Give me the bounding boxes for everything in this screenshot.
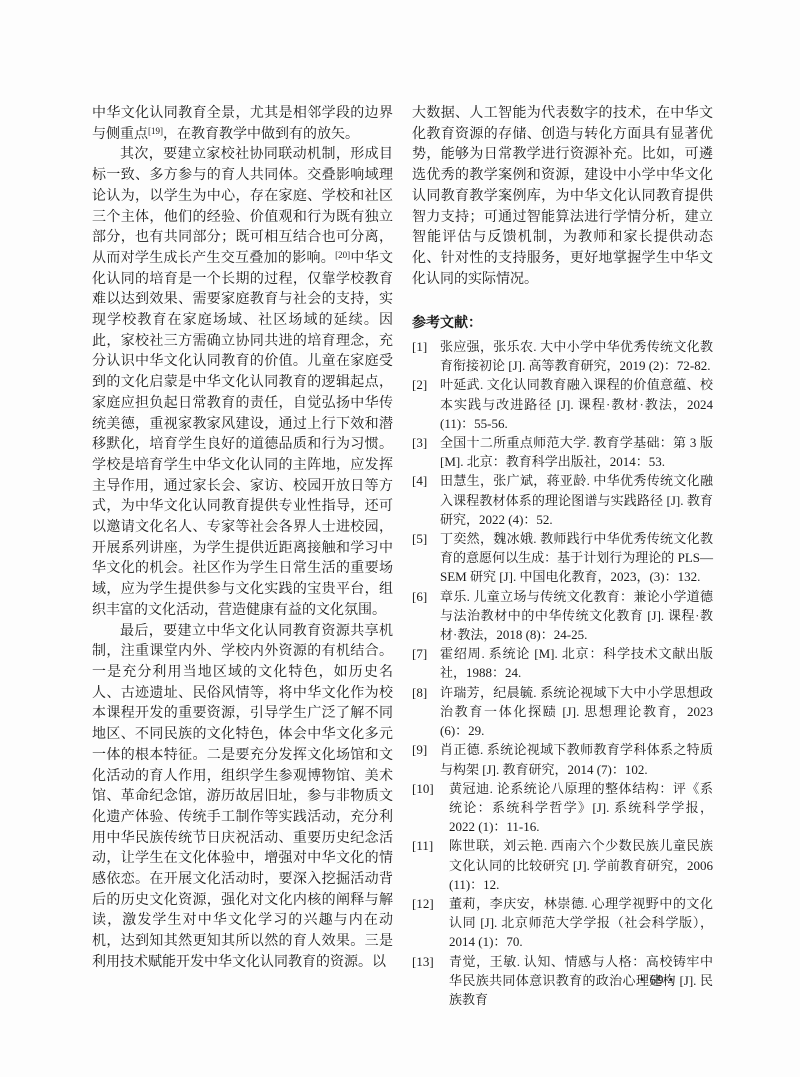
reference-text: 张应强，张乐农. 大中小学中华优秀传统文化教育衔接初论 [J]. 高等教育研究，… xyxy=(440,339,713,373)
reference-text: 许瑞芳，纪晨毓. 系统论视域下大中小学思想政治教育一体化探赜 [J]. 思想理论… xyxy=(440,685,713,738)
paragraph-text: 中华文化认同的培育是一个长期的过程，仅靠学校教育难以达到效果、需要家庭教育与社会… xyxy=(92,251,393,618)
reference-text: 黄冠迪. 论系统论八原理的整体结构：评《系统论：系统科学哲学》[J]. 系统科学… xyxy=(449,781,713,834)
reference-number: [7] xyxy=(412,644,427,663)
reference-number: [8] xyxy=(412,683,427,702)
reference-number: [10] xyxy=(412,779,434,798)
references-heading: 参考文献： xyxy=(412,314,713,335)
reference-text: 霍绍周. 系统论 [M]. 北京：科学技术文献出版社，1988：24. xyxy=(440,646,713,680)
reference-number: [9] xyxy=(412,740,427,759)
reference-text: 叶延武. 文化认同教育融入课程的价值意蕴、校本实践与改进路径 [J]. 课程·教… xyxy=(440,377,713,430)
reference-number: [1] xyxy=(412,337,427,356)
paragraph-second: 其次，要建立家校社协同联动机制，形成目标一致、多方参与的育人共同体。交叠影响域理… xyxy=(92,145,393,621)
reference-text: 陈世联，刘云艳. 西南六个少数民族儿童民族文化认同的比较研究 [J]. 学前教育… xyxy=(449,838,713,891)
reference-text: 肖正德. 系统论视域下教师教育学科体系之特质与构架 [J]. 教育研究，2014… xyxy=(440,742,713,776)
reference-number: [13] xyxy=(412,952,434,971)
right-column: 大数据、人工智能为代表数字的技术，在中华文化教育资源的存储、创造与转化方面具有显… xyxy=(412,104,713,1009)
reference-item: [9]肖正德. 系统论视域下教师教育学科体系之特质与构架 [J]. 教育研究，2… xyxy=(412,740,713,778)
reference-number: [11] xyxy=(412,836,433,855)
reference-item: [5]丁奕然，魏冰娥. 教师践行中华优秀传统文化教育的意愿何以生成：基于计划行为… xyxy=(412,529,713,587)
paragraph-text: ，在教育教学中做到有的放矢。 xyxy=(163,127,359,142)
citation-mark-20: [20] xyxy=(335,250,350,260)
reference-text: 董莉，李庆安，林崇德. 心理学视野中的文化认同 [J]. 北京师范大学学报（社会… xyxy=(449,896,713,949)
reference-item: [3]全国十二所重点师范大学. 教育学基础：第 3 版 [M]. 北京：教育科学… xyxy=(412,433,713,471)
reference-item: [10]黄冠迪. 论系统论八原理的整体结构：评《系统论：系统科学哲学》[J]. … xyxy=(412,779,713,837)
reference-number: [4] xyxy=(412,471,427,490)
reference-text: 全国十二所重点师范大学. 教育学基础：第 3 版 [M]. 北京：教育科学出版社… xyxy=(440,435,713,469)
citation-mark-19: [19] xyxy=(148,126,163,136)
reference-item: [4]田慧生，张广斌，蒋亚龄. 中华优秀传统文化融入课程教材体系的理论图谱与实践… xyxy=(412,471,713,529)
reference-text: 田慧生，张广斌，蒋亚龄. 中华优秀传统文化融入课程教材体系的理论图谱与实践路径 … xyxy=(440,473,713,526)
reference-number: [12] xyxy=(412,894,434,913)
reference-number: [2] xyxy=(412,375,427,394)
reference-number: [6] xyxy=(412,587,427,606)
references-list: [1]张应强，张乐农. 大中小学中华优秀传统文化教育衔接初论 [J]. 高等教育… xyxy=(412,337,713,1009)
page-number: • 69 • xyxy=(597,972,717,988)
reference-item: [2]叶延武. 文化认同教育融入课程的价值意蕴、校本实践与改进路径 [J]. 课… xyxy=(412,375,713,433)
reference-number: [5] xyxy=(412,529,427,548)
paragraph-continuation: 中华文化认同教育全景，尤其是相邻学段的边界与侧重点[19]，在教育教学中做到有的… xyxy=(92,104,393,145)
reference-item: [6]章乐. 儿童立场与传统文化教育：兼论小学道德与法治教材中的中华传统文化教育… xyxy=(412,587,713,645)
left-column: 中华文化认同教育全景，尤其是相邻学段的边界与侧重点[19]，在教育教学中做到有的… xyxy=(92,104,393,974)
reference-item: [8]许瑞芳，纪晨毓. 系统论视域下大中小学思想政治教育一体化探赜 [J]. 思… xyxy=(412,683,713,741)
paragraph-text: 其次，要建立家校社协同联动机制，形成目标一致、多方参与的育人共同体。交叠影响域理… xyxy=(92,147,393,266)
paragraph-last: 最后，要建立中华文化认同教育资源共享机制，注重课堂内外、学校内外资源的有机结合。… xyxy=(92,622,393,974)
journal-page: 中华文化认同教育全景，尤其是相邻学段的边界与侧重点[19]，在教育教学中做到有的… xyxy=(0,0,800,1077)
paragraph-continued-top: 大数据、人工智能为代表数字的技术，在中华文化教育资源的存储、创造与转化方面具有显… xyxy=(412,104,713,290)
reference-item: [1]张应强，张乐农. 大中小学中华优秀传统文化教育衔接初论 [J]. 高等教育… xyxy=(412,337,713,375)
reference-item: [12]董莉，李庆安，林崇德. 心理学视野中的文化认同 [J]. 北京师范大学学… xyxy=(412,894,713,952)
reference-text: 章乐. 儿童立场与传统文化教育：兼论小学道德与法治教材中的中华传统文化教育 [J… xyxy=(440,589,713,642)
reference-number: [3] xyxy=(412,433,427,452)
reference-item: [7]霍绍周. 系统论 [M]. 北京：科学技术文献出版社，1988：24. xyxy=(412,644,713,682)
reference-item: [11]陈世联，刘云艳. 西南六个少数民族儿童民族文化认同的比较研究 [J]. … xyxy=(412,836,713,894)
reference-text: 丁奕然，魏冰娥. 教师践行中华优秀传统文化教育的意愿何以生成：基于计划行为理论的… xyxy=(440,531,713,584)
